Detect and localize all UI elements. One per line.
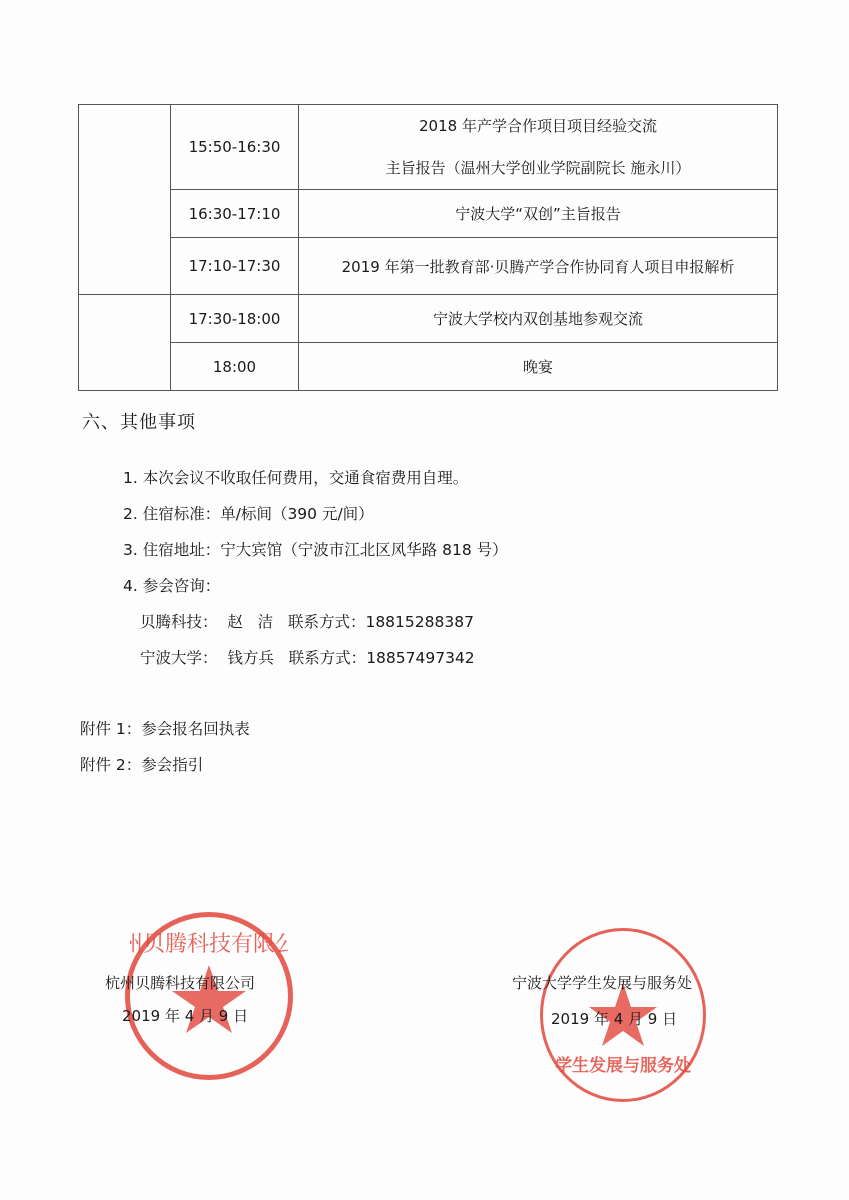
svg-text:学生发展与服务处: 学生发展与服务处	[555, 1055, 691, 1076]
svg-text:杭州贝腾科技有限公司: 杭州贝腾科技有限公司	[130, 932, 288, 957]
list-item: 1. 本次会议不收取任何费用，交通食宿费用自理。	[123, 466, 468, 488]
contact-label: 联系方式：	[289, 649, 367, 667]
topic-line: 2018 年产学合作项目项目经验交流	[299, 116, 777, 136]
section-title: 六、其他事项	[82, 408, 196, 434]
time-cell: 17:10-17:30	[171, 238, 299, 295]
signature-date: 2019 年 4 月 9 日	[122, 1005, 248, 1026]
contact-row: 贝腾科技： 赵 洁 联系方式：18815288387	[140, 610, 474, 632]
topic-cell: 2018 年产学合作项目项目经验交流 主旨报告（温州大学创业学院副院长 施永川）	[299, 105, 778, 190]
date-cell	[79, 295, 171, 391]
table-row: 17:30-18:00 宁波大学校内双创基地参观交流	[79, 295, 778, 343]
contact-phone: 18815288387	[365, 613, 473, 631]
time-cell: 18:00	[171, 343, 299, 391]
topic-cell: 晚宴	[299, 343, 778, 391]
topic-cell: 宁波大学“双创”主旨报告	[299, 190, 778, 238]
contact-label: 联系方式：	[288, 613, 366, 631]
table-row: 16:30-17:10 宁波大学“双创”主旨报告	[79, 190, 778, 238]
document-page: 15:50-16:30 2018 年产学合作项目项目经验交流 主旨报告（温州大学…	[0, 0, 849, 1200]
schedule-table: 15:50-16:30 2018 年产学合作项目项目经验交流 主旨报告（温州大学…	[78, 104, 778, 391]
table-row: 18:00 晚宴	[79, 343, 778, 391]
contact-name: 钱方兵	[227, 649, 274, 667]
table-row: 17:10-17:30 2019 年第一批教育部·贝腾产学合作协同育人项目申报解…	[79, 238, 778, 295]
time-cell: 16:30-17:10	[171, 190, 299, 238]
attachment-item: 附件 2：参会指引	[80, 753, 203, 775]
signature-org: 宁波大学学生发展与服务处	[512, 972, 692, 993]
list-item: 3. 住宿地址：宁大宾馆（宁波市江北区风华路 818 号）	[123, 538, 508, 560]
contact-row: 宁波大学： 钱方兵 联系方式：18857497342	[140, 646, 475, 668]
time-cell: 15:50-16:30	[171, 105, 299, 190]
topic-cell: 2019 年第一批教育部·贝腾产学合作协同育人项目申报解析	[299, 238, 778, 295]
time-cell: 17:30-18:00	[171, 295, 299, 343]
list-item: 4. 参会咨询：	[123, 574, 220, 596]
company-seal-icon: 杭州贝腾科技有限公司	[125, 912, 293, 1080]
topic-cell: 宁波大学校内双创基地参观交流	[299, 295, 778, 343]
contact-org: 贝腾科技：	[140, 613, 218, 631]
signature-date: 2019 年 4 月 9 日	[551, 1008, 677, 1029]
signature-org: 杭州贝腾科技有限公司	[105, 972, 255, 993]
attachment-item: 附件 1：参会报名回执表	[80, 717, 250, 739]
topic-line: 主旨报告（温州大学创业学院副院长 施永川）	[299, 158, 777, 178]
date-cell	[79, 105, 171, 295]
contact-org: 宁波大学：	[140, 649, 218, 667]
table-row: 15:50-16:30 2018 年产学合作项目项目经验交流 主旨报告（温州大学…	[79, 105, 778, 190]
contact-name: 赵 洁	[227, 613, 273, 631]
contact-phone: 18857497342	[366, 649, 474, 667]
list-item: 2. 住宿标准：单/标间（390 元/间）	[123, 502, 374, 524]
